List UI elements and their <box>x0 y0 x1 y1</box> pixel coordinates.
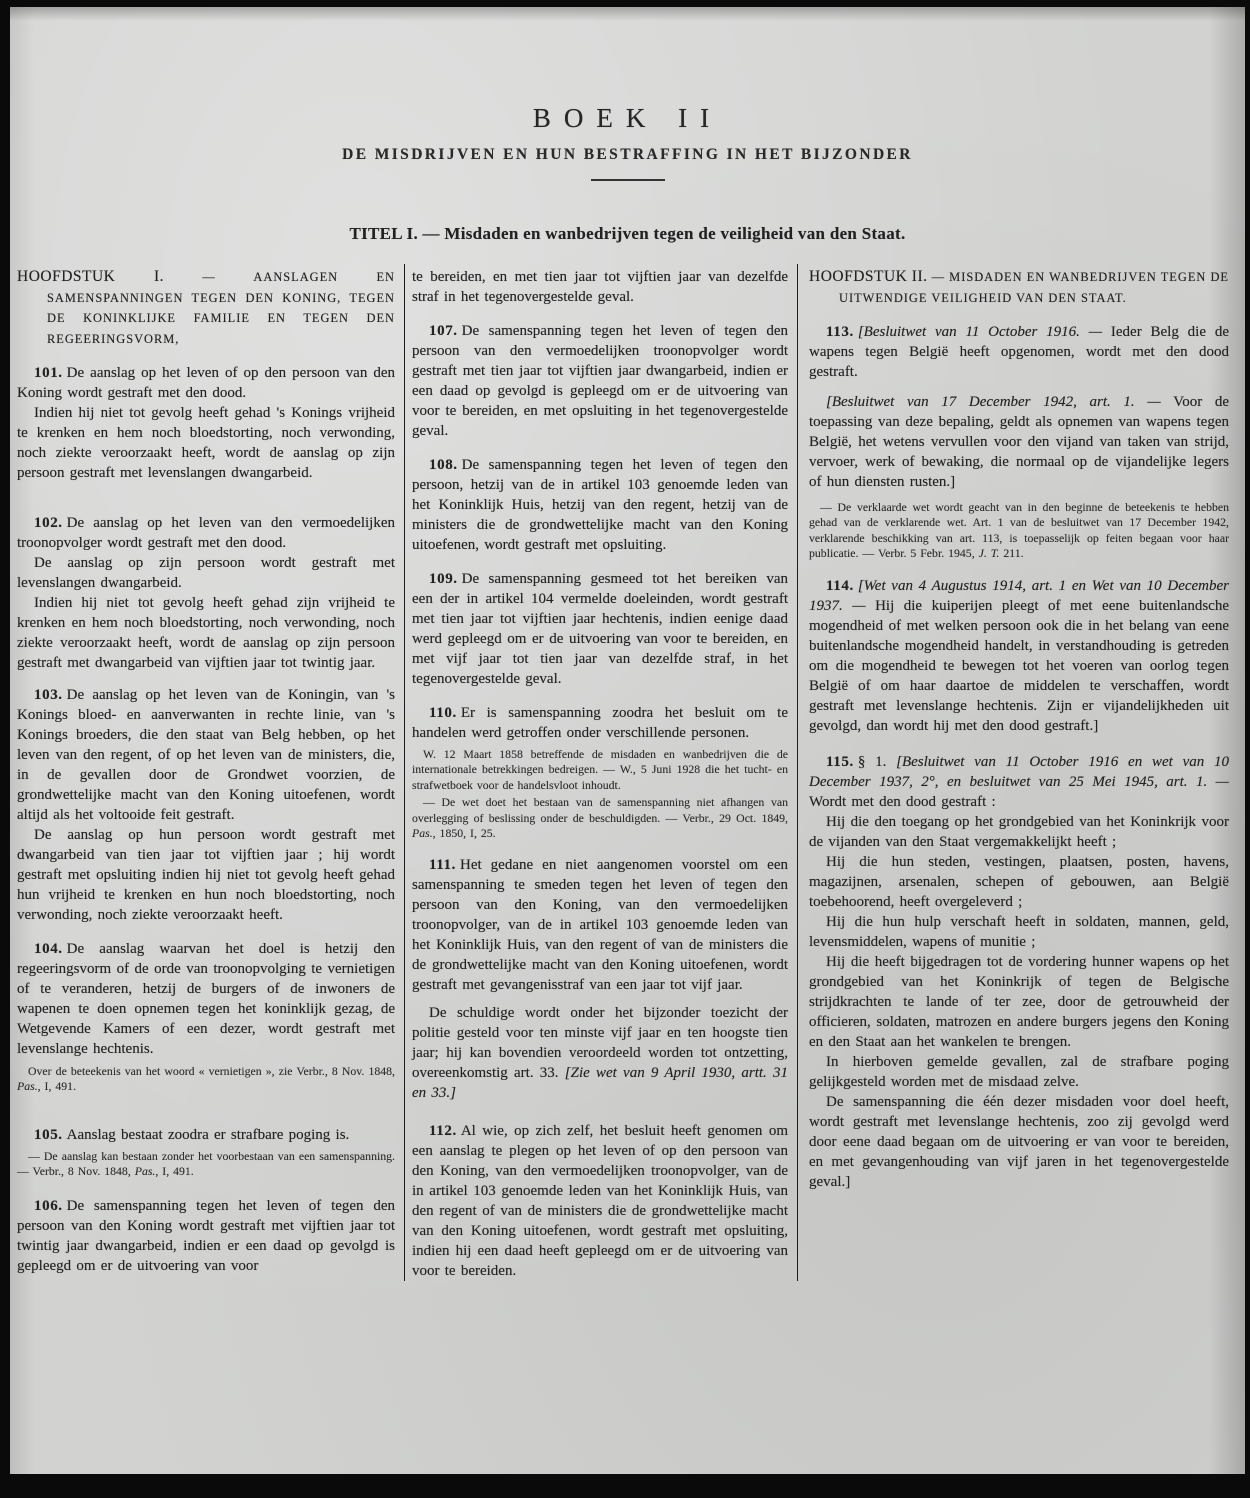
article-paragraph: De aanslag op zijn persoon wordt gestraf… <box>17 553 395 593</box>
article-paragraph: 106.De samenspanning tegen het leven of … <box>17 1196 395 1276</box>
article-paragraph: Hij die hun hulp verschaft heeft in sold… <box>809 912 1229 952</box>
article-paragraph: 102.De aanslag op het leven van den verm… <box>17 513 395 553</box>
case-note: — De wet doet het bestaan van de samensp… <box>412 795 788 841</box>
article-paragraph: Indien hij niet tot gevolg heeft gehad z… <box>17 593 395 673</box>
article-number: 102. <box>34 515 67 531</box>
article-paragraph: 108.De samenspanning tegen het leven of … <box>412 455 788 555</box>
scan-edge-shadow <box>10 7 1245 21</box>
chapter-heading: HOOFDSTUK II. — MISDADEN EN WANBEDRIJVEN… <box>809 267 1229 308</box>
book-title: BOEK II <box>10 103 1245 134</box>
article-number: 101. <box>34 365 67 381</box>
article-number: 111. <box>429 857 460 873</box>
article-number: 113. <box>826 324 858 340</box>
article-number: 104. <box>34 941 67 957</box>
article-paragraph: [Besluitwet van 17 December 1942, art. 1… <box>809 392 1229 492</box>
article-paragraph: 104.De aanslag waarvan het doel is hetzi… <box>17 939 395 1059</box>
column-right: HOOFDSTUK II. — MISDADEN EN WANBEDRIJVEN… <box>797 264 1238 1281</box>
article-number: 107. <box>429 323 462 339</box>
article-paragraph: 113.[Besluitwet van 11 October 1916. — I… <box>809 322 1229 382</box>
article-paragraph: Hij die hun steden, vestingen, plaatsen,… <box>809 852 1229 912</box>
article-paragraph: 111.Het gedane en niet aangenomen voorst… <box>412 855 788 995</box>
article-paragraph: 110.Er is samenspanning zoodra het beslu… <box>412 703 788 743</box>
article-number: 115. <box>826 754 858 770</box>
article-number: 103. <box>34 687 67 703</box>
article-paragraph: Hij die den toegang op het grondgebied v… <box>809 812 1229 852</box>
article-paragraph: 115.§ 1. [Besluitwet van 11 October 1916… <box>809 752 1229 812</box>
titel-heading: TITEL I. — Misdaden en wanbedrijven tege… <box>10 224 1245 244</box>
article-paragraph: 107.De samenspanning tegen het leven of … <box>412 321 788 441</box>
article-number: 109. <box>429 571 462 587</box>
case-note: — De aanslag kan bestaan zonder het voor… <box>17 1149 395 1180</box>
article-number: 114. <box>826 578 858 594</box>
article-paragraph: De aanslag op hun persoon wordt gestraft… <box>17 825 395 925</box>
article-paragraph: 103.De aanslag op het leven van de Konin… <box>17 685 395 825</box>
article-paragraph: Indien hij niet tot gevolg heeft gehad '… <box>17 403 395 483</box>
book-subtitle: DE MISDRIJVEN EN HUN BESTRAFFING IN HET … <box>10 146 1245 164</box>
case-note: Over de beteekenis van het woord « verni… <box>17 1064 395 1095</box>
article-number: 106. <box>34 1198 67 1214</box>
article-paragraph: De schuldige wordt onder het bijzonder t… <box>412 1003 788 1103</box>
title-divider <box>591 179 665 181</box>
article-paragraph: 114.[Wet van 4 Augustus 1914, art. 1 en … <box>809 576 1229 736</box>
article-paragraph: De samenspanning die één dezer misdaden … <box>809 1092 1229 1192</box>
article-paragraph: In hierboven gemelde gevallen, zal de st… <box>809 1052 1229 1092</box>
column-left: HOOFDSTUK I. — AANSLAGEN EN SAMENSPANNIN… <box>10 264 404 1281</box>
article-paragraph: Hij die heeft bijgedragen tot de vorderi… <box>809 952 1229 1052</box>
article-number: 110. <box>429 705 461 721</box>
article-number: 112. <box>429 1123 461 1139</box>
scanned-page: BOEK II DE MISDRIJVEN EN HUN BESTRAFFING… <box>10 7 1245 1474</box>
article-paragraph: te bereiden, en met tien jaar tot vijfti… <box>412 267 788 307</box>
article-number: 108. <box>429 457 462 473</box>
article-paragraph: 101.De aanslag op het leven of op den pe… <box>17 363 395 403</box>
article-number: 105. <box>34 1127 67 1143</box>
case-note: W. 12 Maart 1858 betreffende de misdaden… <box>412 747 788 793</box>
article-paragraph: 105.Aanslag bestaat zoodra er strafbare … <box>17 1125 395 1145</box>
content-columns: HOOFDSTUK I. — AANSLAGEN EN SAMENSPANNIN… <box>10 264 1243 1281</box>
column-middle: te bereiden, en met tien jaar tot vijfti… <box>404 264 797 1281</box>
case-note: — De verklaarde wet wordt geacht van in … <box>809 500 1229 562</box>
article-paragraph: 112.Al wie, op zich zelf, het besluit he… <box>412 1121 788 1281</box>
chapter-heading: HOOFDSTUK I. — AANSLAGEN EN SAMENSPANNIN… <box>17 267 395 349</box>
article-paragraph: 109.De samenspanning gesmeed tot het ber… <box>412 569 788 689</box>
